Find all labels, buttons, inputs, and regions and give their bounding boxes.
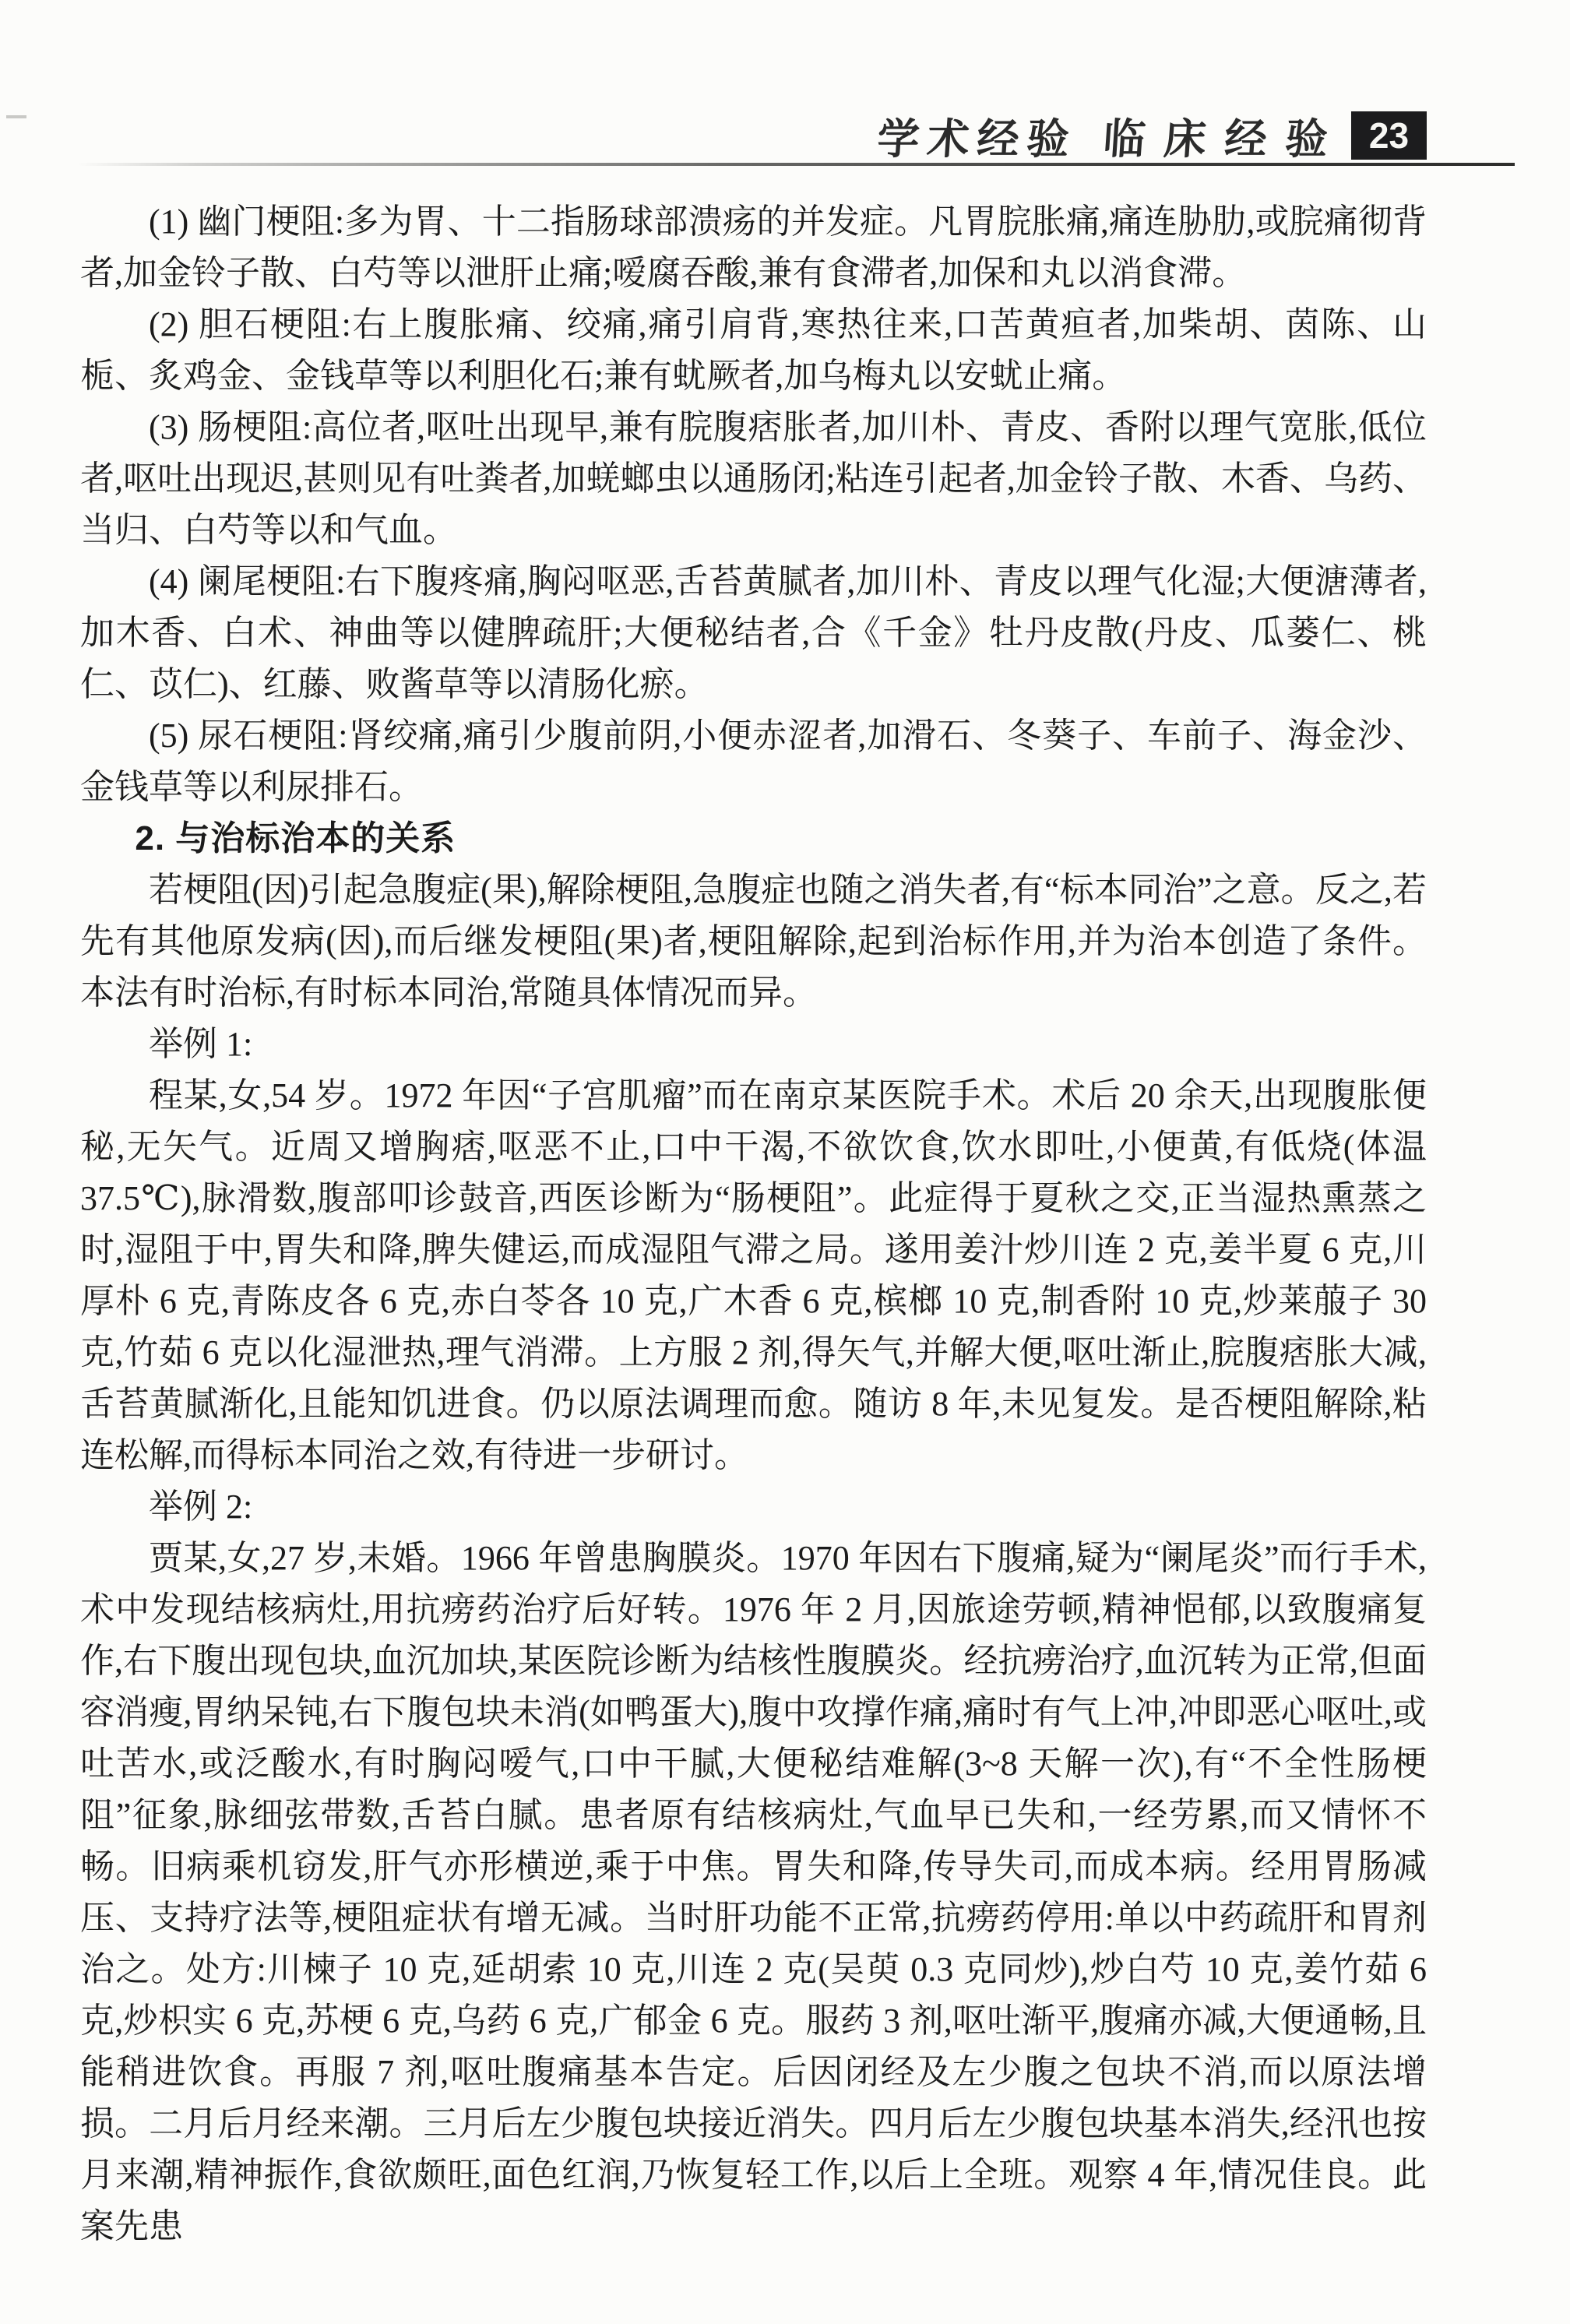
page-body-text: (1) 幽门梗阻:多为胃、十二指肠球部溃疡的并发症。凡胃脘胀痛,痛连胁肋,或脘痛… [80,196,1427,2252]
list-item-gallstone-obstruction: (2) 胆石梗阻:右上腹胀痛、绞痛,痛引肩背,寒热往来,口苦黄疸者,加柴胡、茵陈… [80,299,1427,402]
running-head-chapter-title: 临床经验 [1101,106,1348,166]
page-number-badge: 23 [1351,111,1427,160]
list-item-urinary-stone-obstruction: (5) 尿石梗阻:肾绞痛,痛引少腹前阴,小便赤涩者,加滑石、冬葵子、车前子、海金… [80,710,1427,813]
case-1-paragraph: 程某,女,54 岁。1972 年因“子宫肌瘤”而在南京某医院手术。术后 20 余… [80,1070,1427,1481]
example-1-label: 举例 1: [80,1019,1427,1070]
list-item-appendix-obstruction: (4) 阑尾梗阻:右下腹疼痛,胸闷呕恶,舌苔黄腻者,加川朴、青皮以理气化湿;大便… [80,556,1427,710]
example-2-label: 举例 2: [80,1481,1427,1533]
section-heading: 2. 与治标治本的关系 [80,813,1427,864]
header-rule [78,163,1515,166]
scan-artifact [6,115,26,118]
running-head-section-title: 学术经验 [875,106,1079,166]
page-header: 学术经验 临床经验 23 [80,106,1427,165]
running-head: 学术经验 临床经验 [875,106,1348,166]
paragraph-principle: 若梗阻(因)引起急腹症(果),解除梗阻,急腹症也随之消失者,有“标本同治”之意。… [80,864,1427,1019]
list-item-intestinal-obstruction: (3) 肠梗阻:高位者,呕吐出现早,兼有脘腹痞胀者,加川朴、青皮、香附以理气宽胀… [80,402,1427,556]
book-page: 学术经验 临床经验 23 (1) 幽门梗阻:多为胃、十二指肠球部溃疡的并发症。凡… [0,0,1570,2324]
case-2-paragraph: 贾某,女,27 岁,未婚。1966 年曾患胸膜炎。1970 年因右下腹痛,疑为“… [80,1533,1427,2252]
list-item-pyloric-obstruction: (1) 幽门梗阻:多为胃、十二指肠球部溃疡的并发症。凡胃脘胀痛,痛连胁肋,或脘痛… [80,196,1427,299]
page-number: 23 [1369,114,1409,157]
